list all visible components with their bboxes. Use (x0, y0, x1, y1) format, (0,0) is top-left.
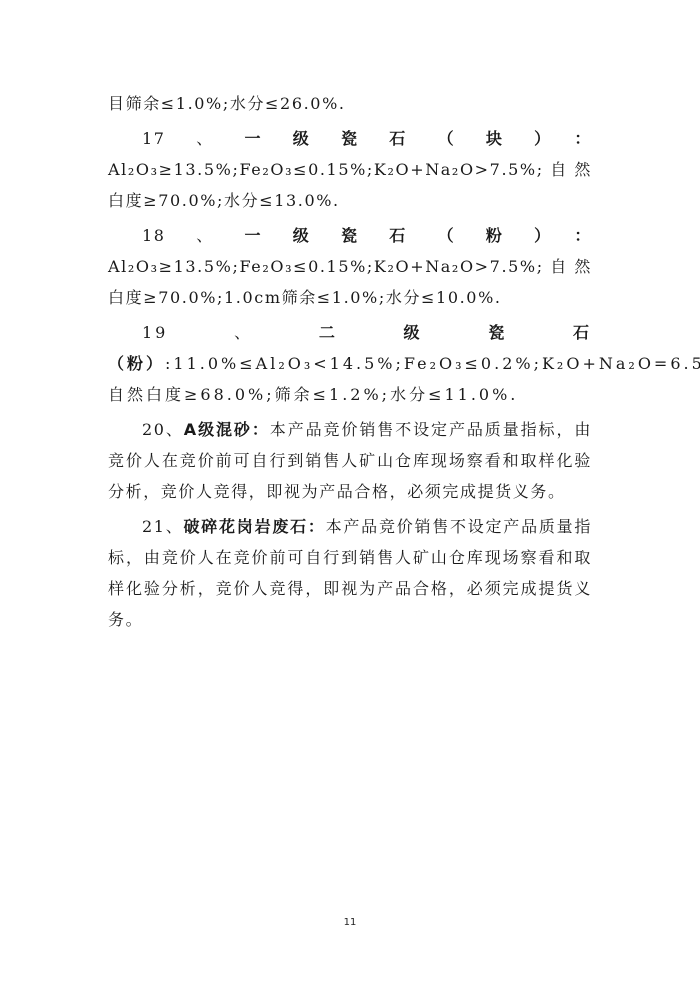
item-title: 一级瓷石（块）： (245, 129, 592, 148)
item-number: 17、 (142, 129, 245, 148)
document-body: 目筛余≤1.0%;水分≤26.0%. 17、一级瓷石（块）：Al₂O₃≥13.5… (108, 88, 592, 639)
item-title: A级混砂： (184, 420, 270, 439)
item-19: 19、二级瓷石（粉）:11.0%≤Al₂O₃<14.5%;Fe₂O₃≤0.2%;… (108, 317, 592, 410)
item-body: Al₂O₃≥13.5%;Fe₂O₃≤0.15%;K₂O+Na₂O>7.5%;自然… (108, 257, 592, 307)
item-number: 21、 (142, 517, 184, 536)
item-body: Al₂O₃≥13.5%;Fe₂O₃≤0.15%;K₂O+Na₂O>7.5%;自然… (108, 160, 592, 210)
page-number: 11 (0, 917, 700, 928)
item-number: 19、 (142, 323, 319, 342)
continuation-paragraph: 目筛余≤1.0%;水分≤26.0%. (108, 88, 592, 119)
item-21: 21、破碎花岗岩废石：本产品竞价销售不设定产品质量指标，由竞价人在竞价前可自行到… (108, 511, 592, 635)
item-title: 破碎花岗岩废石： (184, 517, 326, 536)
item-20: 20、A级混砂：本产品竞价销售不设定产品质量指标，由竞价人在竞价前可自行到销售人… (108, 414, 592, 507)
item-number: 18、 (142, 226, 245, 245)
item-17: 17、一级瓷石（块）：Al₂O₃≥13.5%;Fe₂O₃≤0.15%;K₂O+N… (108, 123, 592, 216)
item-18: 18、一级瓷石（粉）：Al₂O₃≥13.5%;Fe₂O₃≤0.15%;K₂O+N… (108, 220, 592, 313)
item-number: 20、 (142, 420, 184, 439)
item-body: :11.0%≤Al₂O₃<14.5%;Fe₂O₃≤0.2%;K₂O+Na₂O=6… (108, 354, 700, 404)
item-title: 一级瓷石（粉）： (245, 226, 592, 245)
